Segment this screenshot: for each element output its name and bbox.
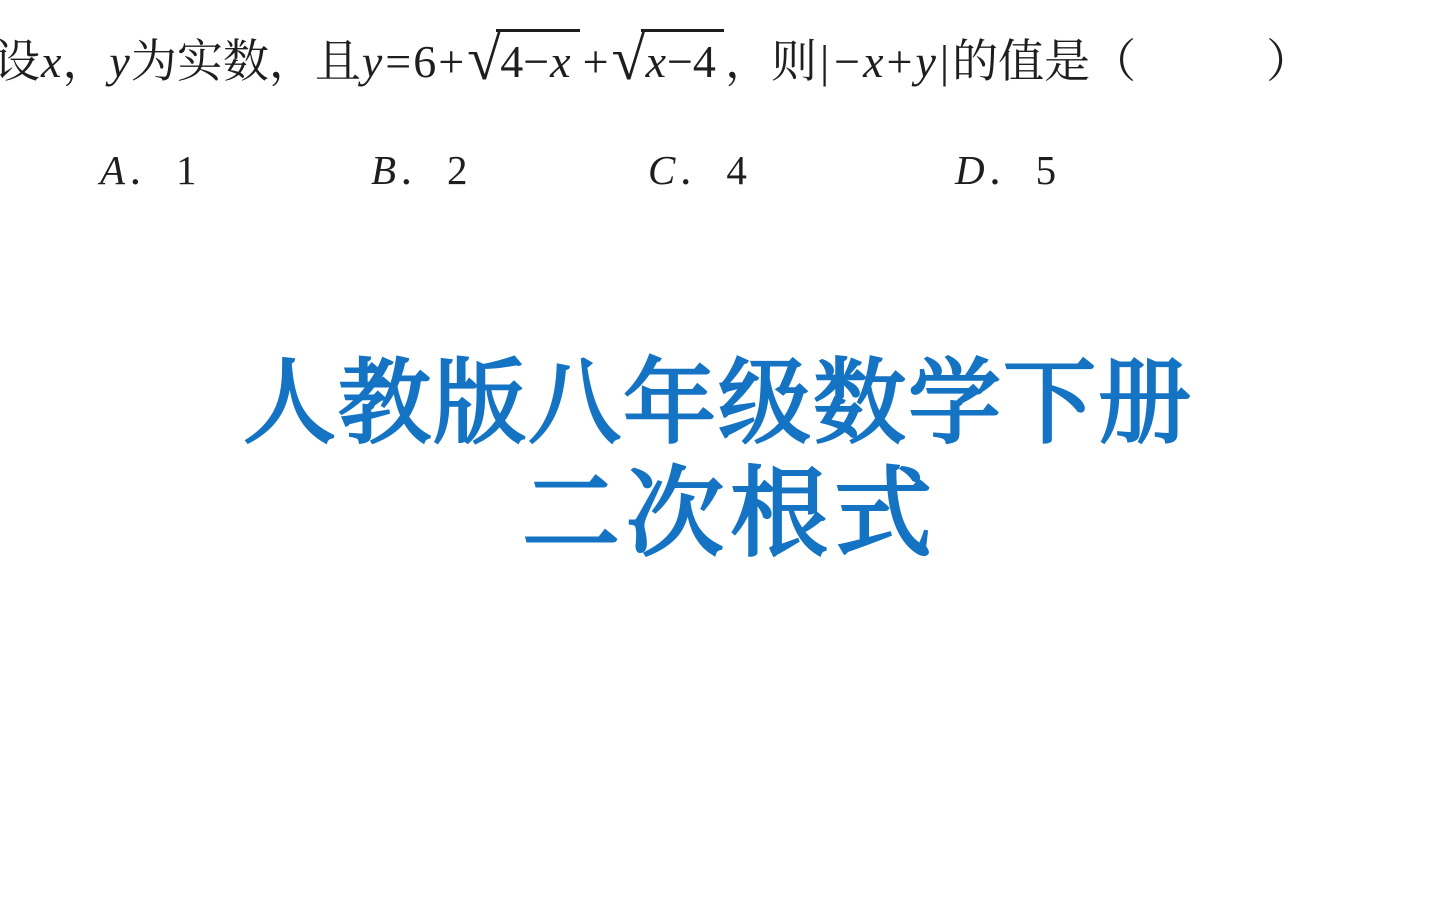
abs-bar-open: | [817, 36, 832, 87]
math-var-y: y [108, 36, 130, 87]
radicand-x-minus-4: x−4 [641, 29, 724, 89]
plus-sign: + [436, 36, 466, 87]
problem-statement: 设x，y为实数，且y=6+√4−x+√x−4，则|−x+y|的值是（） [0, 28, 1312, 96]
option-b: B．2 [371, 146, 468, 195]
lesson-title-line1: 人教版八年级数学下册 [0, 352, 1436, 457]
option-c: C．4 [648, 146, 747, 195]
number-six: 6 [413, 36, 436, 87]
math-var-y: y [914, 36, 936, 87]
math-var-y: y [361, 36, 383, 87]
plus-sign: + [581, 36, 611, 87]
math-var-x: x [40, 36, 62, 87]
option-a-separator: ． [125, 147, 176, 193]
option-d: D．5 [955, 146, 1056, 195]
radicand-4-minus-x: 4−x [496, 29, 579, 89]
option-a: A．1 [100, 146, 197, 195]
option-a-value: 1 [176, 147, 197, 193]
plus-sign: + [885, 36, 915, 87]
comma: ， [62, 36, 108, 87]
problem-text-value-is: 的值是 [952, 36, 1090, 87]
minus-sign: − [832, 36, 862, 87]
math-var-x: x [549, 36, 571, 87]
option-a-letter: A [100, 147, 125, 193]
paren-open: （ [1090, 36, 1136, 87]
option-b-separator: ． [396, 147, 447, 193]
paren-close: ） [1266, 36, 1312, 87]
sqrt-x-minus-4: √x−4 [612, 28, 724, 96]
math-var-x: x [862, 36, 884, 87]
problem-text-ze: ，则 [725, 36, 817, 87]
option-b-value: 2 [447, 147, 468, 193]
option-c-separator: ． [675, 147, 726, 193]
sqrt-4-minus-x: √4−x [467, 28, 579, 96]
option-b-letter: B [371, 147, 396, 193]
option-c-value: 4 [726, 147, 747, 193]
option-d-letter: D [955, 147, 985, 193]
option-d-separator: ． [985, 147, 1036, 193]
problem-text-she: 设 [0, 36, 40, 87]
abs-bar-close: | [937, 36, 952, 87]
math-var-x: x [645, 36, 667, 87]
radicand-pre: 4− [500, 36, 549, 87]
options-row: A．1 B．2 C．4 D．5 [0, 146, 1436, 206]
option-c-letter: C [648, 147, 675, 193]
lesson-title: 人教版八年级数学下册 二次根式 [0, 352, 1436, 569]
option-d-value: 5 [1036, 147, 1057, 193]
problem-text-realnum: 为实数，且 [131, 36, 361, 87]
lesson-title-line2: 二次根式 [0, 463, 1436, 569]
equals-sign: = [383, 36, 413, 87]
slide: 设x，y为实数，且y=6+√4−x+√x−4，则|−x+y|的值是（） A．1 … [0, 0, 1436, 898]
radicand-post: −4 [667, 36, 716, 87]
